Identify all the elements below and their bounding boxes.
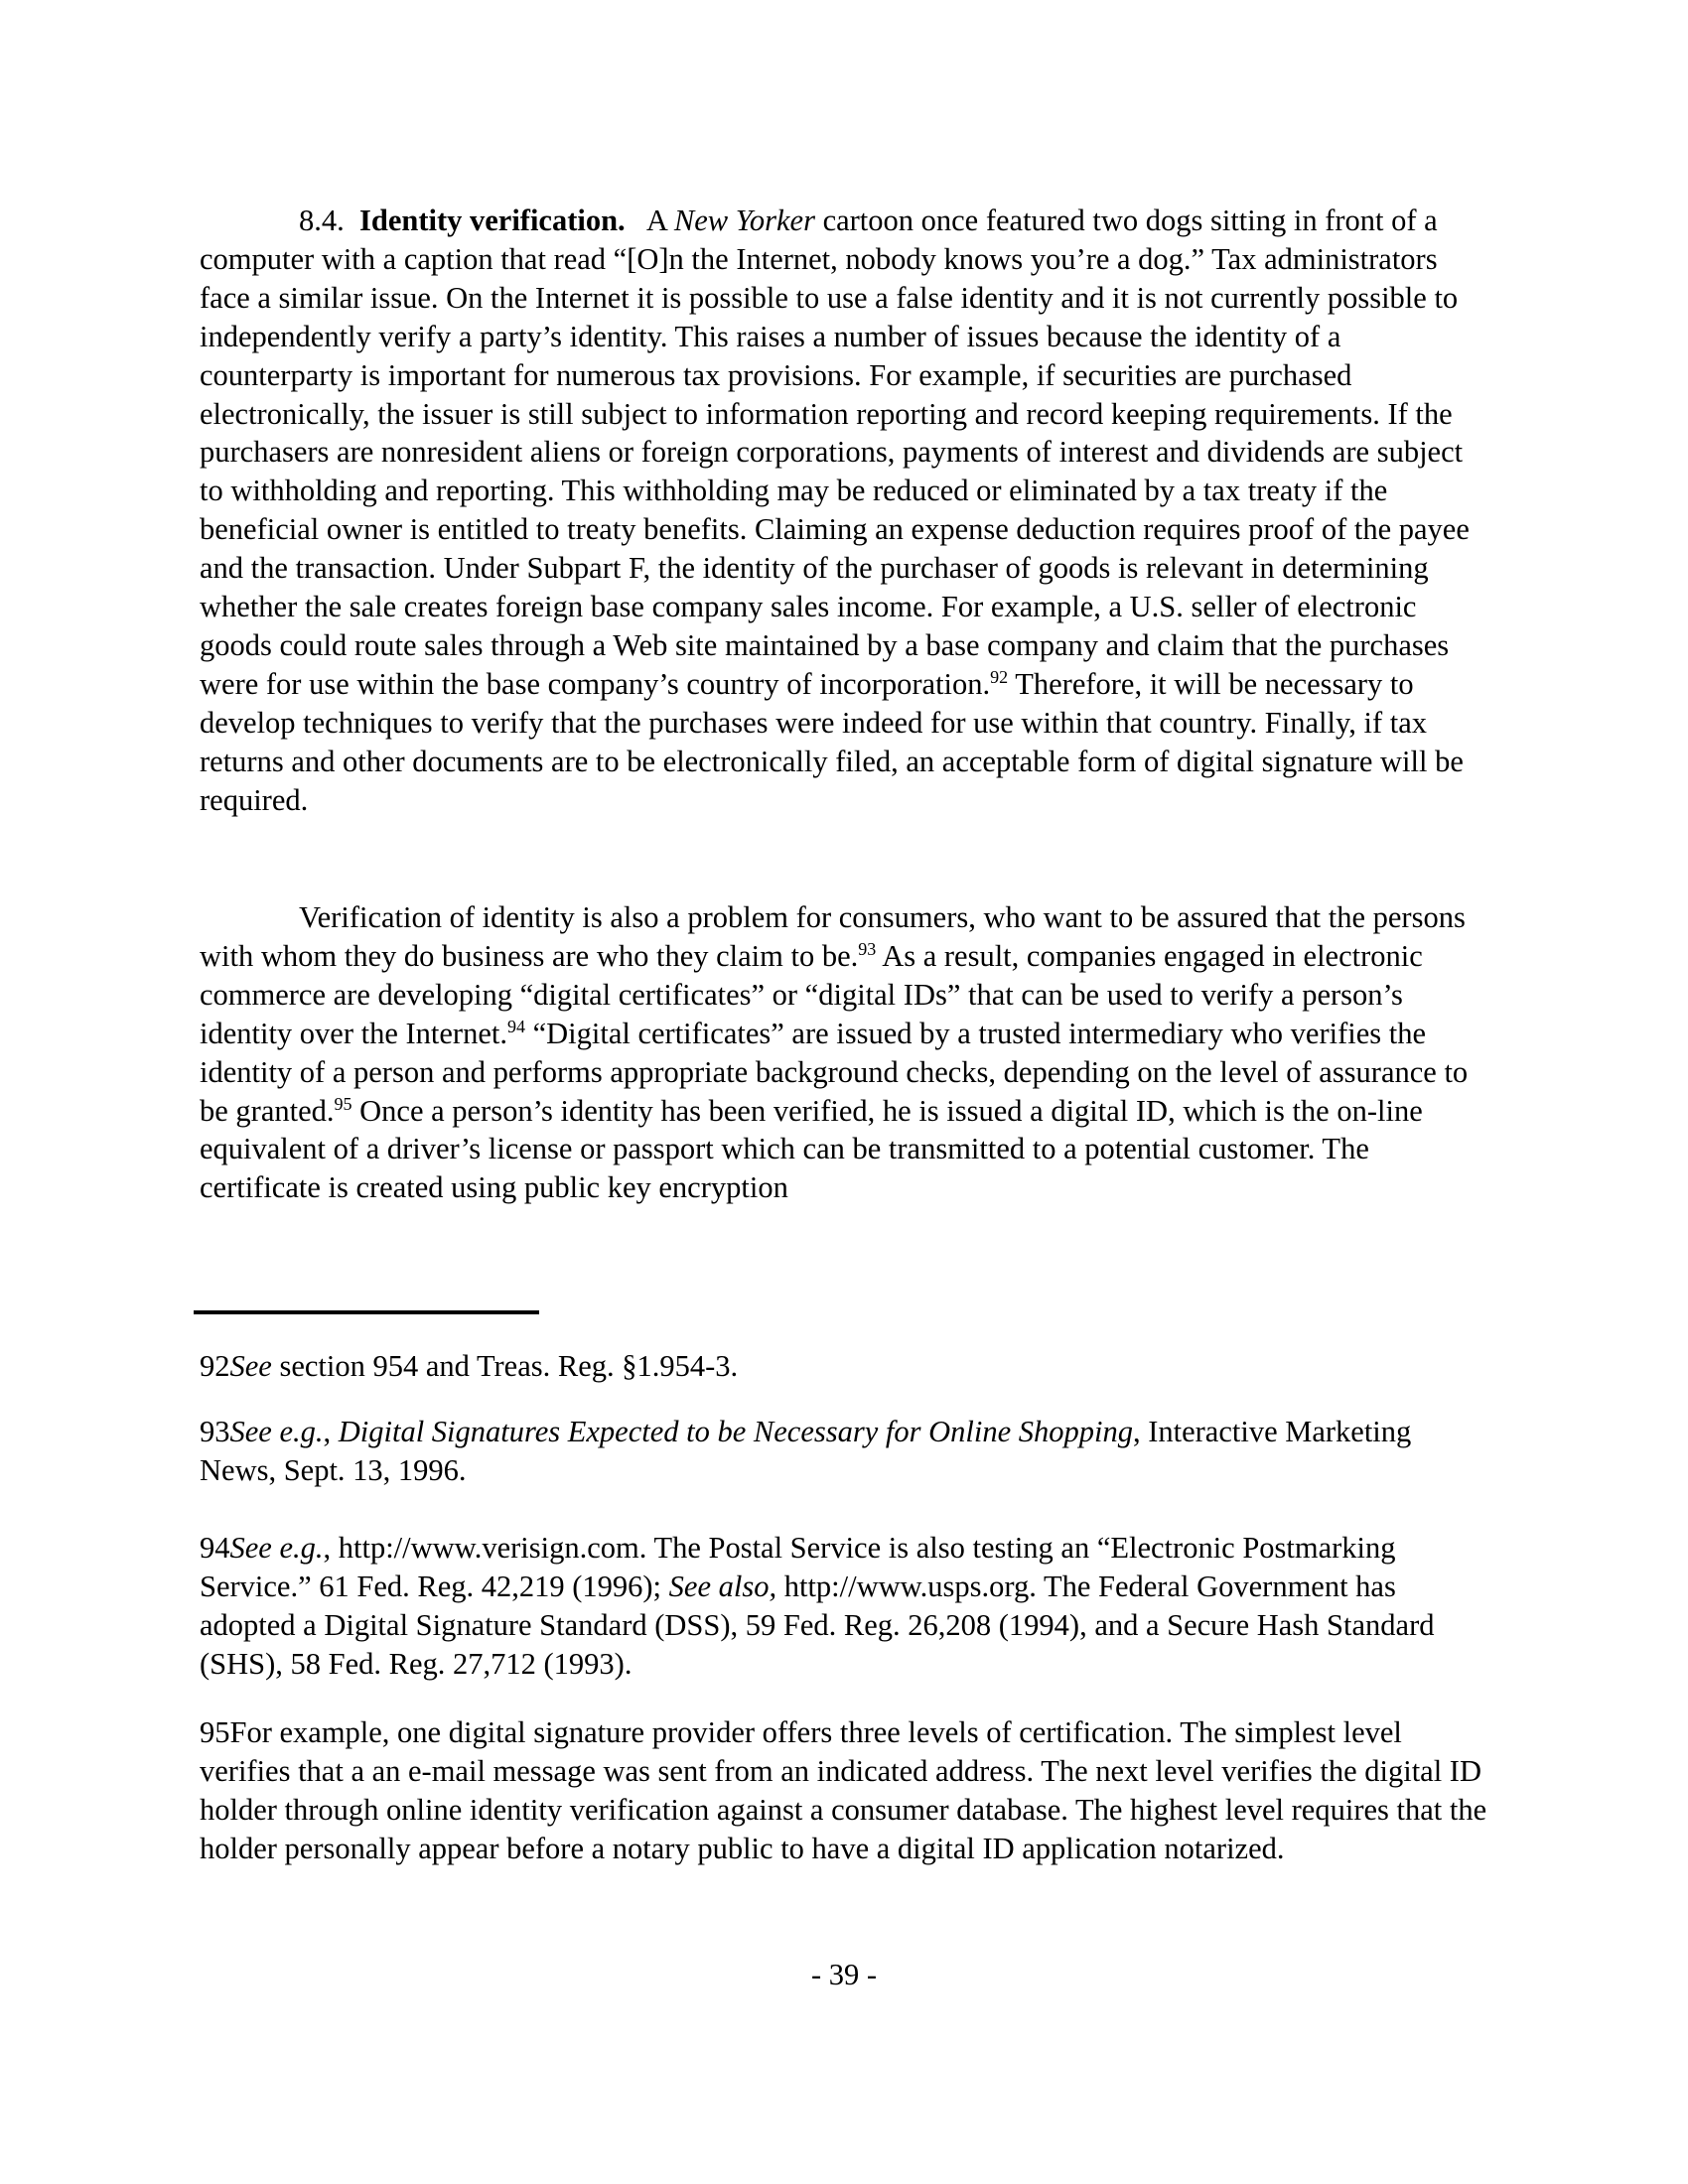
publication-title: New Yorker [674, 204, 815, 237]
footnote-text: For example, one digital signature provi… [200, 1715, 1486, 1865]
section-number: 8.4. [299, 204, 345, 237]
footnote-number: 95 [200, 1715, 230, 1749]
footnote-ref-93[interactable]: 93 [858, 939, 876, 959]
footnote-94: 94See e.g., http://www.verisign.com. The… [200, 1529, 1490, 1684]
document-page: 8.4. Identity verification. A New Yorker… [0, 0, 1688, 2184]
citation-signal: See e.g. [230, 1531, 324, 1565]
footnote-number: 93 [200, 1415, 230, 1448]
footnote-ref-92[interactable]: 92 [990, 667, 1008, 687]
citation-signal: See e.g. [230, 1415, 324, 1448]
footnote-93: 93See e.g., Digital Signatures Expected … [200, 1413, 1490, 1490]
section-paragraph-1: 8.4. Identity verification. A New Yorker… [200, 202, 1490, 820]
section-heading: Identity verification. [359, 204, 626, 237]
paragraph: Verification of identity is also a probl… [200, 898, 1490, 1207]
paragraph: 8.4. Identity verification. A New Yorker… [200, 202, 1490, 820]
footnote-text: , [324, 1415, 339, 1448]
footnote-number: 94 [200, 1531, 230, 1565]
section-paragraph-2: Verification of identity is also a probl… [200, 898, 1490, 1207]
footnote-number: 92 [200, 1349, 230, 1383]
page-number: - 39 - [0, 1956, 1688, 1994]
paragraph-text: Once a person’s identity has been verifi… [200, 1094, 1423, 1205]
footnote-ref-95[interactable]: 95 [335, 1094, 352, 1114]
footnote-text: section 954 and Treas. Reg. §1.954-3. [272, 1349, 738, 1383]
paragraph-text: cartoon once featured two dogs sitting i… [200, 204, 1470, 701]
footnote-ref-94[interactable]: 94 [507, 1017, 525, 1036]
article-title: Digital Signatures Expected to be Necess… [339, 1415, 1133, 1448]
footnote-separator-rule [194, 1310, 539, 1314]
footnote-95: 95For example, one digital signature pro… [200, 1713, 1490, 1868]
footnote-92: 92See section 954 and Treas. Reg. §1.954… [200, 1347, 1490, 1386]
citation-signal: See [230, 1349, 272, 1383]
citation-signal: See also, [669, 1570, 776, 1603]
paragraph-text: A [646, 204, 674, 237]
